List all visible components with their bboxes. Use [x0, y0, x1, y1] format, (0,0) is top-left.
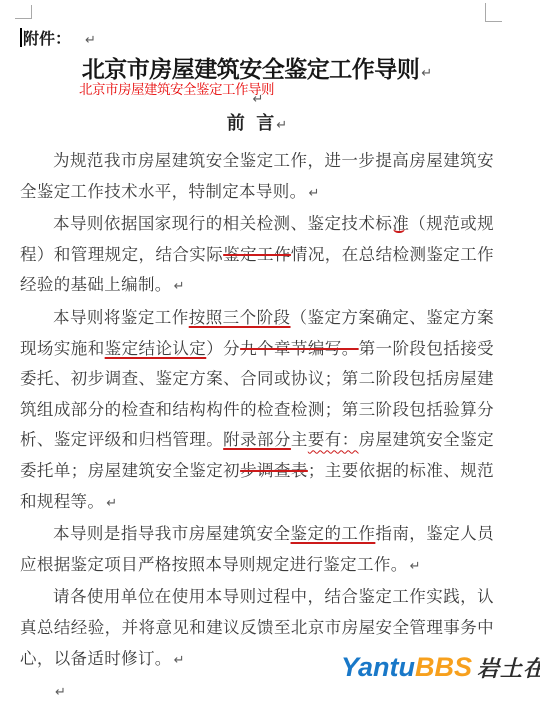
preface-heading-line: 前 言↵ — [20, 109, 494, 135]
paragraph-mark-icon: ↵ — [106, 496, 117, 511]
paragraph-mark-icon: ↵ — [276, 118, 287, 133]
paragraph-mark-icon: ↵ — [308, 186, 319, 201]
text-segment: 本导则是指导我市房屋建筑安全 — [53, 524, 291, 543]
text-segment-underline: 鉴定的工作 — [291, 524, 376, 543]
watermark-bbs: BBS — [415, 652, 472, 682]
text-segment: 本导则将鉴定工作 — [53, 308, 189, 327]
preface-heading: 前 言 — [227, 113, 275, 133]
text-segment: 主 — [291, 430, 308, 449]
text-segment: ）分 — [206, 339, 240, 358]
paragraph-mark-icon: ↵ — [174, 279, 185, 294]
text-segment-strike: 鉴定工作 — [223, 245, 291, 264]
attachment-line: 附件：↵ — [20, 26, 96, 49]
body-text[interactable]: 为规范我市房屋建筑安全鉴定工作，进一步提高房屋建筑安全鉴定工作技术水平，特制定本… — [20, 146, 494, 703]
attachment-label: 附件： — [23, 31, 71, 48]
paragraph-mark-icon: ↵ — [85, 33, 96, 48]
text-segment-strike: 步调查表 — [240, 461, 308, 480]
paragraph-mark-icon: ↵ — [421, 66, 432, 81]
paragraph-mark-icon: ↵ — [410, 559, 421, 574]
body-paragraph[interactable]: 为规范我市房屋建筑安全鉴定工作，进一步提高房屋建筑安全鉴定工作技术水平，特制定本… — [20, 146, 494, 209]
watermark: YantuBBS岩土在线 — [341, 652, 540, 683]
paragraph-mark-icon: ↵ — [55, 685, 66, 700]
text-segment-wavy: 要有： — [308, 430, 359, 449]
text-cursor — [20, 28, 22, 47]
text-segment-strike: 九个章节编写。 — [240, 339, 359, 358]
body-paragraph[interactable]: 本导则将鉴定工作按照三个阶段（鉴定方案确定、鉴定方案现场实施和鉴定结论认定）分九… — [20, 303, 494, 519]
watermark-yantu: Yantu — [341, 652, 415, 682]
text-segment: 本导则依据国家现行的相关检测、鉴定技术标 — [53, 214, 392, 233]
text-segment-underline: 附录部分 — [223, 430, 291, 449]
text-segment: 为规范我市房屋建筑安全鉴定工作，进一步提高房屋建筑安全鉴定工作技术水平，特制定本… — [20, 151, 494, 201]
empty-paragraph-line: ↵ — [20, 90, 494, 108]
text-segment-underline: 按照三个阶段 — [189, 308, 291, 327]
margin-crop-mark-top-left — [15, 5, 32, 19]
watermark-cn: 岩土在线 — [477, 656, 540, 681]
text-segment-underline: 鉴定结论认定 — [105, 339, 207, 358]
body-paragraph[interactable]: 本导则是指导我市房屋建筑安全鉴定的工作指南，鉴定人员应根据鉴定项目严格按照本导则… — [20, 519, 494, 582]
document-page[interactable]: 附件：↵ 北京市房屋建筑安全鉴定工作导则↵ 北京市房屋建筑安全鉴定工作导则 ↵ … — [0, 0, 540, 703]
margin-crop-mark-top-right — [485, 3, 502, 22]
text-segment-tick: 准 — [392, 214, 409, 233]
body-paragraph[interactable]: 本导则依据国家现行的相关检测、鉴定技术标准（规范或规程）和管理规定，结合实际鉴定… — [20, 209, 494, 303]
paragraph-mark-icon: ↵ — [253, 92, 264, 107]
paragraph-mark-icon: ↵ — [174, 653, 185, 668]
